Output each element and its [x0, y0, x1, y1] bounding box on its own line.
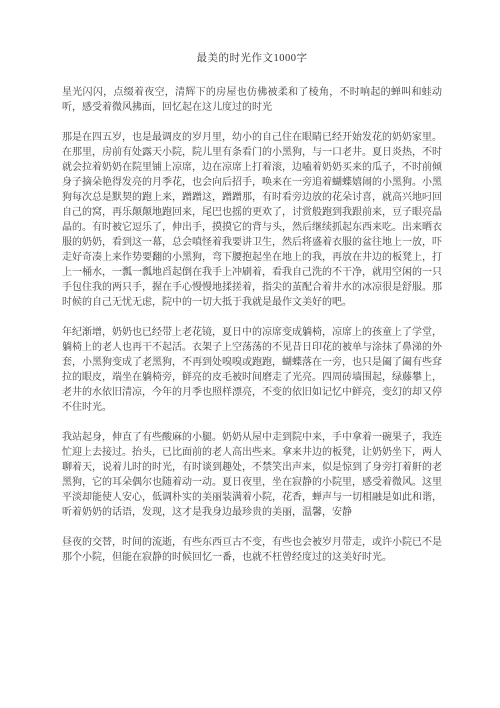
essay-title: 最美的时光作文1000字: [62, 50, 442, 65]
essay-paragraph-5: 昼夜的交替，时间的流逝，有些东西亘古不变，有些也会被岁月带走，或许小院已不是那个…: [62, 535, 442, 565]
document-page: 最美的时光作文1000字 星光闪闪，点缀着夜空，清辉下的房屋也仿佛被柔和了棱角，…: [0, 0, 500, 708]
essay-paragraph-1: 星光闪闪，点缀着夜空，清辉下的房屋也仿佛被柔和了棱角，不时响起的蝉叫和蛙动听，感…: [62, 85, 442, 115]
essay-paragraph-3: 年纪渐增，奶奶也已经带上老花镜，夏日中的凉席变成躺椅，凉席上的孩童上了学堂，躺椅…: [62, 325, 442, 415]
essay-body: 星光闪闪，点缀着夜空，清辉下的房屋也仿佛被柔和了棱角，不时响起的蝉叫和蛙动听，感…: [62, 85, 442, 565]
essay-paragraph-2: 那是在四五岁，也是最调皮的岁月里，幼小的自己住在眼睛已经开始发花的奶奶家里。在那…: [62, 130, 442, 310]
essay-paragraph-4: 我站起身，伸直了有些酸麻的小腿。奶奶从屋中走到院中来，手中拿着一碗果子，我连忙迎…: [62, 430, 442, 520]
